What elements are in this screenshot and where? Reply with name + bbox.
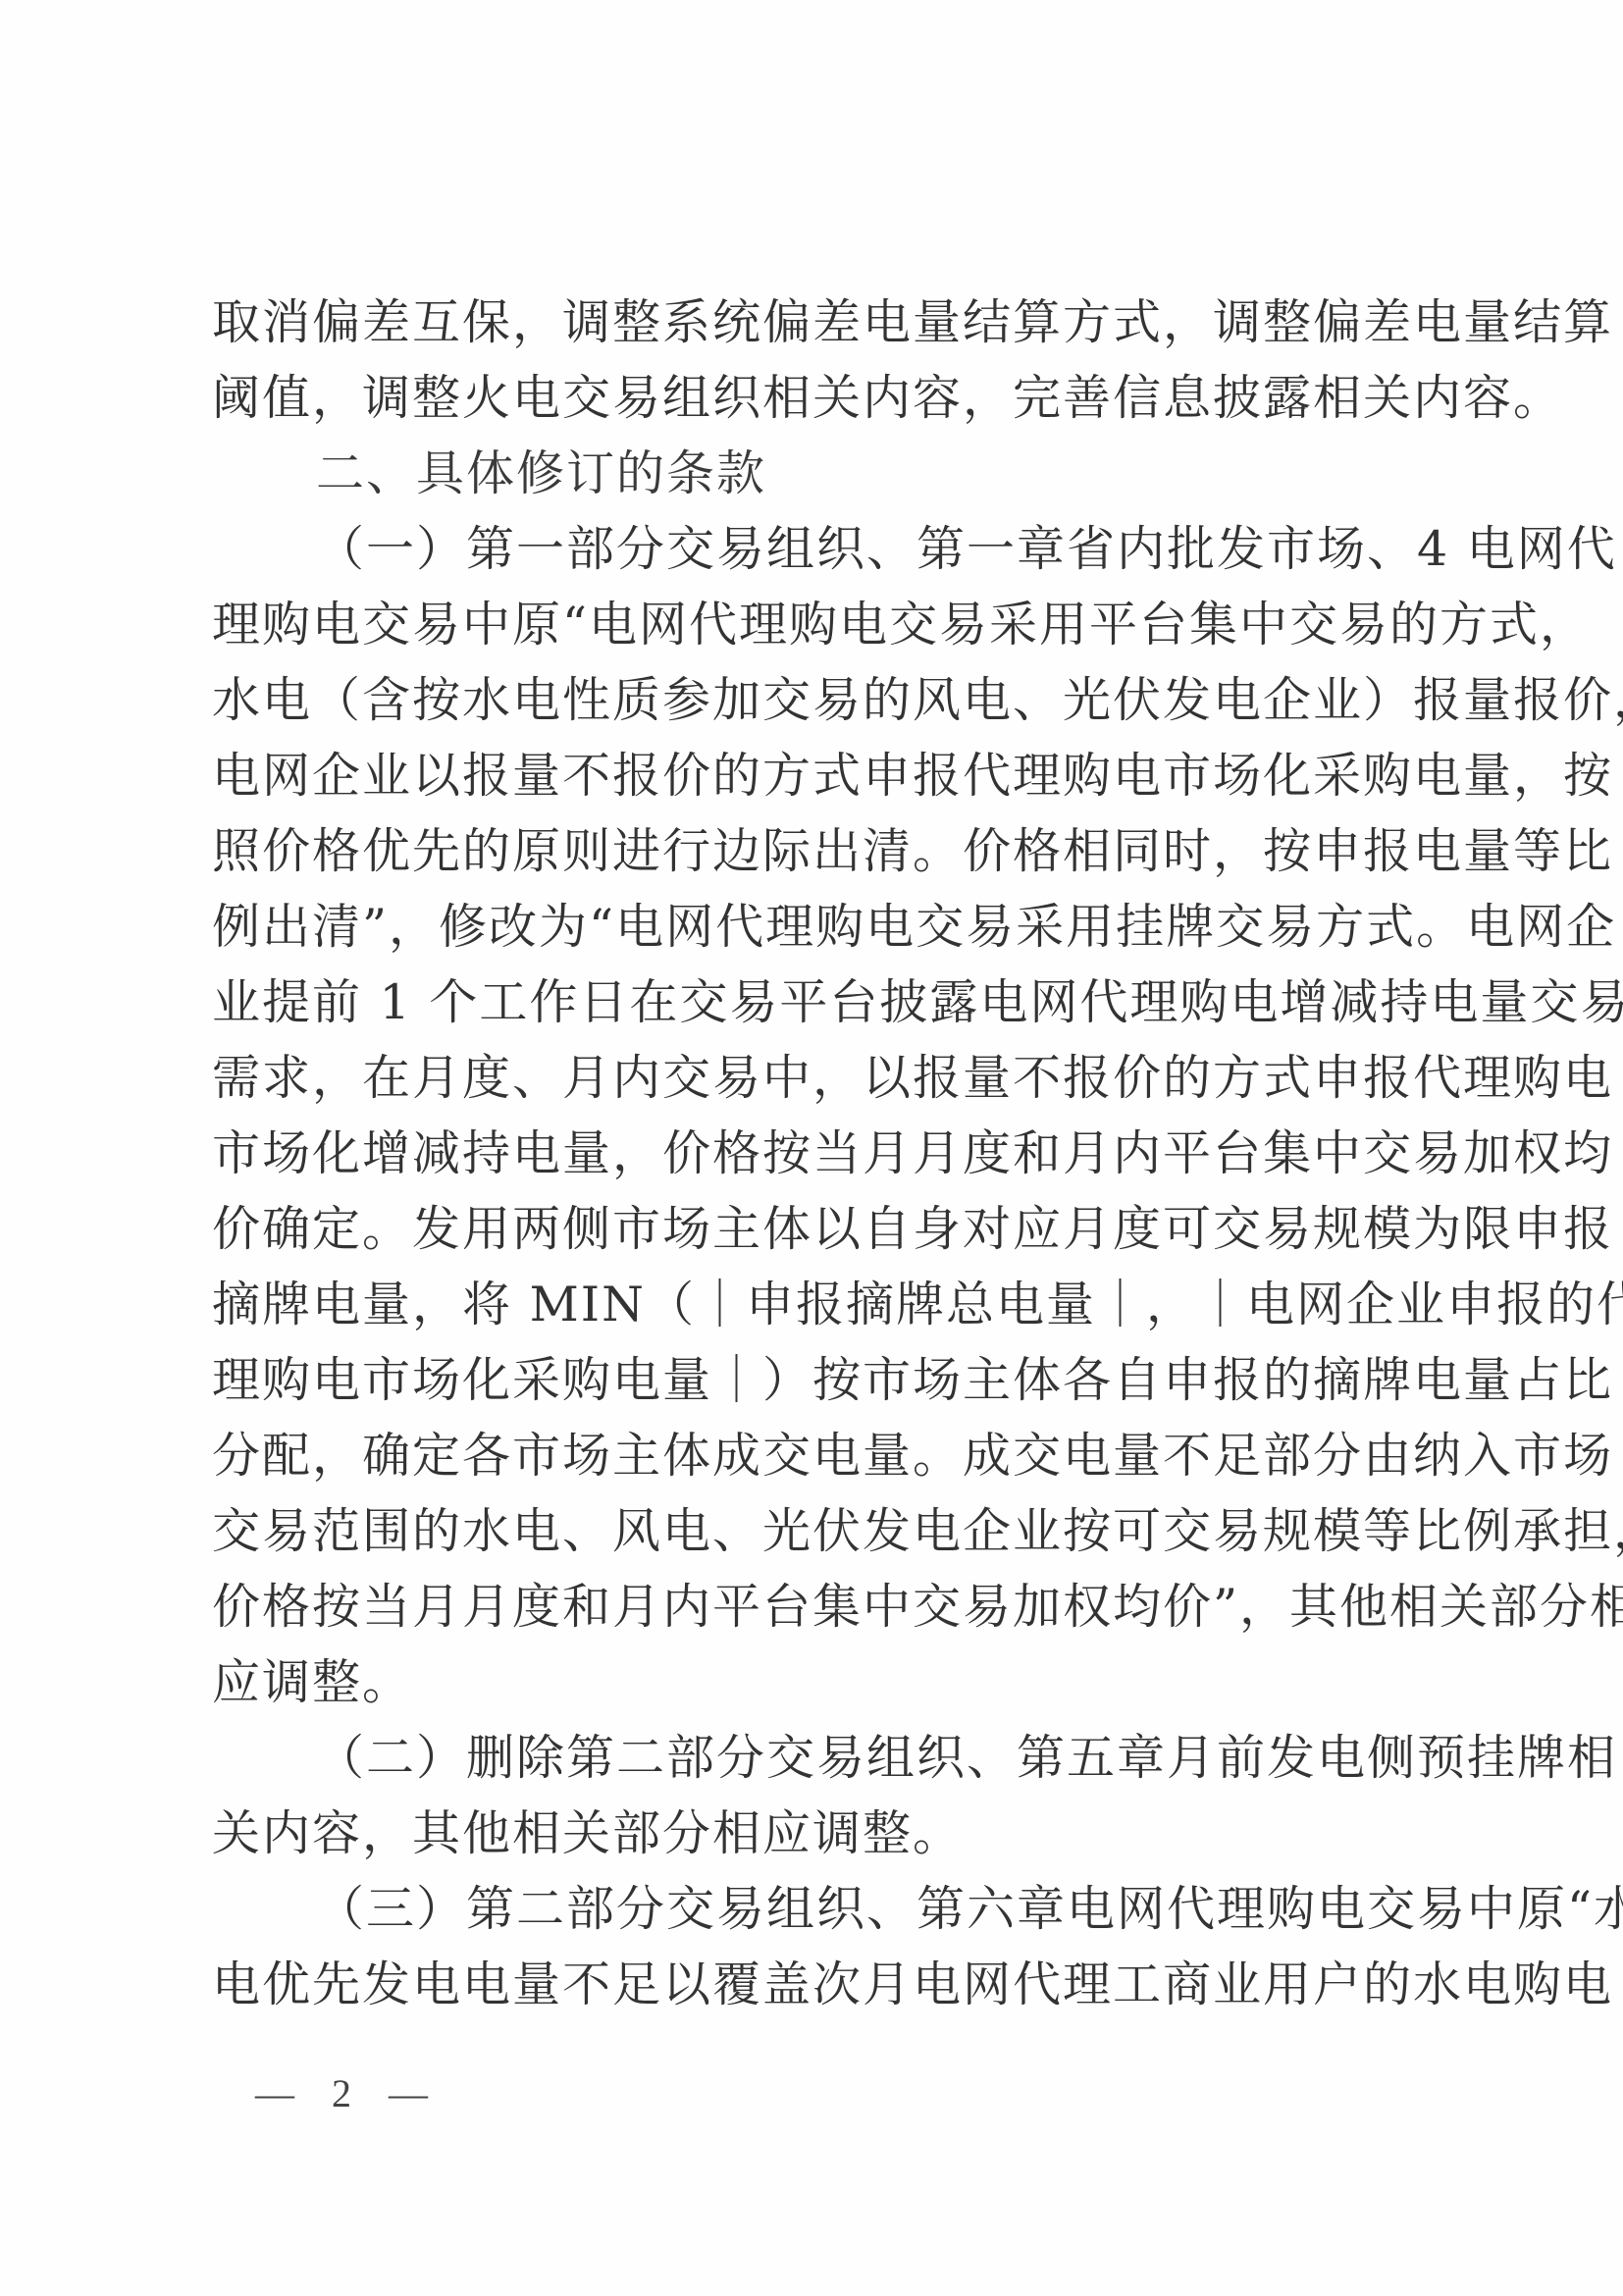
clause-1-line: 交易范围的水电、风电、光伏发电企业按可交易规模等比例承担， bbox=[212, 1493, 1429, 1569]
document-body: 取消偏差互保，调整系统偏差电量结算方式，调整偏差电量结算 阈值，调整火电交易组织… bbox=[212, 285, 1429, 2022]
clause-2-line: （二）删除第二部分交易组织、第五章月前发电侧预挂牌相 bbox=[212, 1720, 1429, 1796]
clause-1-line: 水电（含按水电性质参加交易的风电、光伏发电企业）报量报价， bbox=[212, 662, 1429, 738]
clause-1-line: 例出清”，修改为“电网代理购电交易采用挂牌交易方式。电网企 bbox=[212, 889, 1429, 965]
clause-1-line: 理购电交易中原“电网代理购电交易采用平台集中交易的方式， bbox=[212, 587, 1429, 662]
clause-2-line: 关内容，其他相关部分相应调整。 bbox=[212, 1796, 1429, 1871]
clause-1-line: 摘牌电量，将 MIN（｜申报摘牌总电量｜，｜电网企业申报的代 bbox=[212, 1267, 1429, 1342]
paragraph-line: 阈值，调整火电交易组织相关内容，完善信息披露相关内容。 bbox=[212, 360, 1429, 436]
clause-1-line: 理购电市场化采购电量｜）按市场主体各自申报的摘牌电量占比 bbox=[212, 1342, 1429, 1418]
document-page: 取消偏差互保，调整系统偏差电量结算方式，调整偏差电量结算 阈值，调整火电交易组织… bbox=[0, 0, 1623, 2296]
clause-1-line: 照价格优先的原则进行边际出清。价格相同时，按申报电量等比 bbox=[212, 813, 1429, 889]
clause-1-line: 需求，在月度、月内交易中，以报量不报价的方式申报代理购电 bbox=[212, 1040, 1429, 1116]
clause-1-line: 分配，确定各市场主体成交电量。成交电量不足部分由纳入市场 bbox=[212, 1418, 1429, 1493]
paragraph-line: 取消偏差互保，调整系统偏差电量结算方式，调整偏差电量结算 bbox=[212, 285, 1429, 360]
clause-3-line: （三）第二部分交易组织、第六章电网代理购电交易中原“水 bbox=[212, 1871, 1429, 1947]
clause-1-line: 应调整。 bbox=[212, 1644, 1429, 1720]
clause-1-line: 业提前 1 个工作日在交易平台披露电网代理购电增减持电量交易 bbox=[212, 965, 1429, 1040]
clause-1-line: （一）第一部分交易组织、第一章省内批发市场、4 电网代 bbox=[212, 511, 1429, 587]
page-number: — 2 — bbox=[255, 2070, 442, 2116]
section-heading: 二、具体修订的条款 bbox=[212, 436, 1429, 511]
clause-1-line: 价确定。发用两侧市场主体以自身对应月度可交易规模为限申报 bbox=[212, 1191, 1429, 1267]
clause-3-line: 电优先发电电量不足以覆盖次月电网代理工商业用户的水电购电 bbox=[212, 1947, 1429, 2022]
clause-1-line: 电网企业以报量不报价的方式申报代理购电市场化采购电量，按 bbox=[212, 738, 1429, 813]
clause-1-line: 市场化增减持电量，价格按当月月度和月内平台集中交易加权均 bbox=[212, 1116, 1429, 1191]
clause-1-line: 价格按当月月度和月内平台集中交易加权均价”，其他相关部分相 bbox=[212, 1569, 1429, 1644]
